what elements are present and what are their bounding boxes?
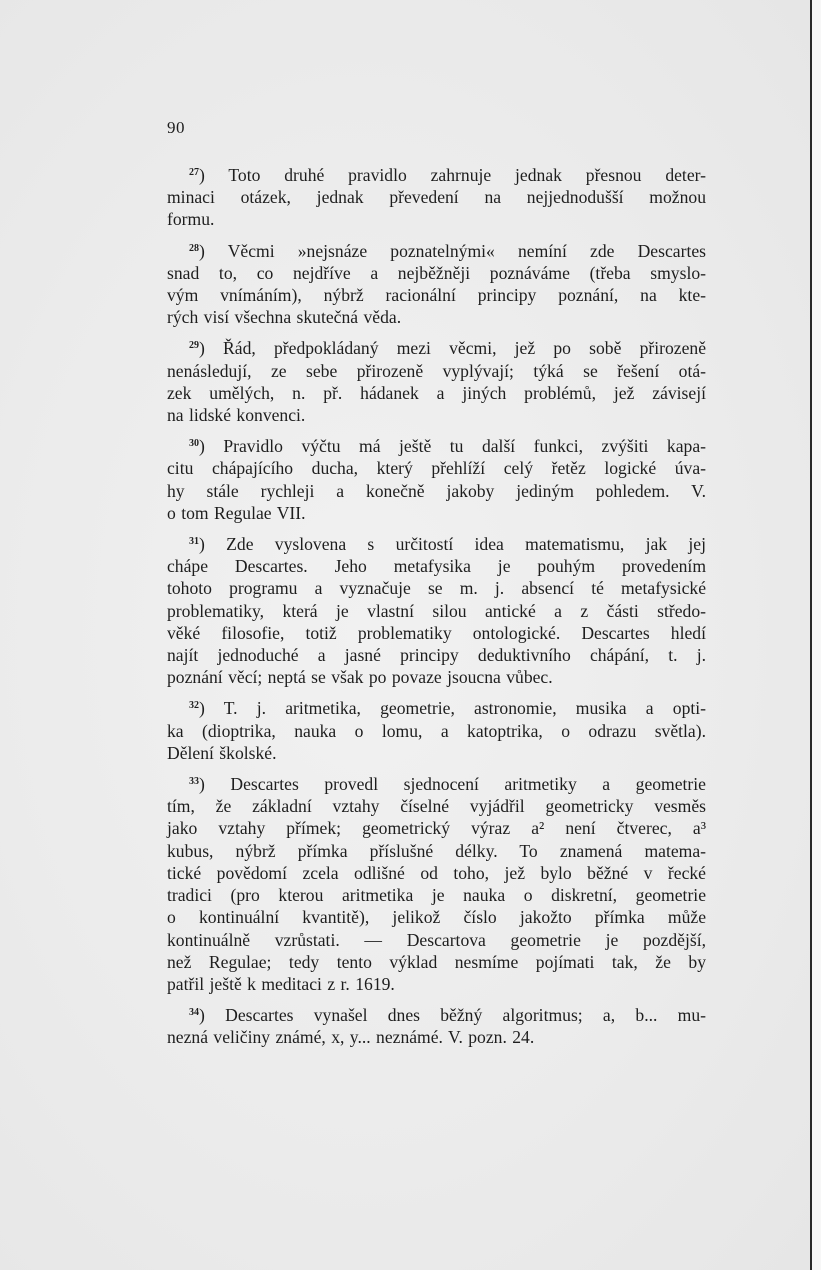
footnote-line: formu. [167, 208, 706, 230]
footnote-line: chápe Descartes. Jeho metafysika je pouh… [167, 555, 706, 577]
footnote-line: kubus, nýbrž přímka příslušné délky. To … [167, 840, 706, 862]
footnote-line: než Regulae; tedy tento výklad nesmíme p… [167, 951, 706, 973]
footnote-line: minaci otázek, jednak převedení na nejje… [167, 186, 706, 208]
footnote-marker: 28 [189, 243, 199, 254]
footnote-line: nenásledují, ze sebe přirozeně vyplývají… [167, 360, 706, 382]
scan-margin [812, 0, 821, 1270]
footnote-marker: 27 [189, 167, 199, 178]
footnote-line: vým vnímáním), nýbrž racionální principy… [167, 284, 706, 306]
footnote-marker: 33 [189, 776, 199, 787]
footnote-line: 27) Toto druhé pravidlo zahrnuje jednak … [167, 164, 706, 186]
footnote-34: 34) Descartes vynašel dnes běžný algorit… [167, 1004, 706, 1048]
footnote-line: 28) Věcmi »nejsnáze poznatelnými« nemíní… [167, 240, 706, 262]
footnote-line: citu chápajícího ducha, který přehlíží c… [167, 457, 706, 479]
footnote-line: 30) Pravidlo výčtu má ještě tu další fun… [167, 435, 706, 457]
footnotes: 27) Toto druhé pravidlo zahrnuje jednak … [167, 164, 706, 1058]
footnote-line: 29) Řád, předpokládaný mezi věcmi, jež p… [167, 337, 706, 359]
footnote-line: jako vztahy přímek; geometrický výraz a²… [167, 817, 706, 839]
page-number: 90 [167, 118, 185, 138]
footnote-line: tradici (pro kterou aritmetika je nauka … [167, 884, 706, 906]
footnote-marker: 32 [189, 700, 199, 711]
footnote-line: o kontinuální kvantitě), jelikož číslo j… [167, 906, 706, 928]
footnote-line: rých visí všechna skutečná věda. [167, 306, 706, 328]
footnote-marker: 29 [189, 340, 199, 351]
footnote-line: patřil ještě k meditaci z r. 1619. [167, 973, 706, 995]
book-page: 90 27) Toto druhé pravidlo zahrnuje jedn… [0, 0, 811, 1270]
footnote-line: tické povědomí zcela odlišné od toho, je… [167, 862, 706, 884]
footnote-marker: 31 [189, 536, 199, 547]
footnote-line: 34) Descartes vynašel dnes běžný algorit… [167, 1004, 706, 1026]
footnote-line: tím, že základní vztahy číselné vyjádřil… [167, 795, 706, 817]
footnote-line: 31) Zde vyslovena s určitostí idea matem… [167, 533, 706, 555]
footnote-31: 31) Zde vyslovena s určitostí idea matem… [167, 533, 706, 688]
footnote-line: zek umělých, n. př. hádanek a jiných pro… [167, 382, 706, 404]
footnote-line: poznání věcí; neptá se však po povaze js… [167, 666, 706, 688]
footnote-line: problematiky, která je vlastní silou ant… [167, 600, 706, 622]
footnote-line: věké filosofie, totiž problematiky ontol… [167, 622, 706, 644]
footnote-marker: 34 [189, 1007, 199, 1018]
footnote-line: ka (dioptrika, nauka o lomu, a katoptrik… [167, 720, 706, 742]
footnote-32: 32) T. j. aritmetika, geometrie, astrono… [167, 697, 706, 764]
footnote-marker: 30 [189, 438, 199, 449]
footnote-line: na lidské konvenci. [167, 404, 706, 426]
footnote-line: 32) T. j. aritmetika, geometrie, astrono… [167, 697, 706, 719]
footnote-line: 33) Descartes provedl sjednocení aritmet… [167, 773, 706, 795]
footnote-27: 27) Toto druhé pravidlo zahrnuje jednak … [167, 164, 706, 231]
footnote-line: kontinuálně vzrůstati. — Descartova geom… [167, 929, 706, 951]
footnote-line: nezná veličiny známé, x, y... neznámé. V… [167, 1026, 706, 1048]
footnote-line: o tom Regulae VII. [167, 502, 706, 524]
footnote-line: tohoto programu a vyznačuje se m. j. abs… [167, 577, 706, 599]
footnote-line: Dělení školské. [167, 742, 706, 764]
footnote-line: hy stále rychleji a konečně jakoby jedin… [167, 480, 706, 502]
footnote-30: 30) Pravidlo výčtu má ještě tu další fun… [167, 435, 706, 524]
footnote-line: najít jednoduché a jasné principy dedukt… [167, 644, 706, 666]
footnote-line: snad to, co nejdříve a nejběžněji poznáv… [167, 262, 706, 284]
footnote-33: 33) Descartes provedl sjednocení aritmet… [167, 773, 706, 995]
footnote-28: 28) Věcmi »nejsnáze poznatelnými« nemíní… [167, 240, 706, 329]
footnote-29: 29) Řád, předpokládaný mezi věcmi, jež p… [167, 337, 706, 426]
